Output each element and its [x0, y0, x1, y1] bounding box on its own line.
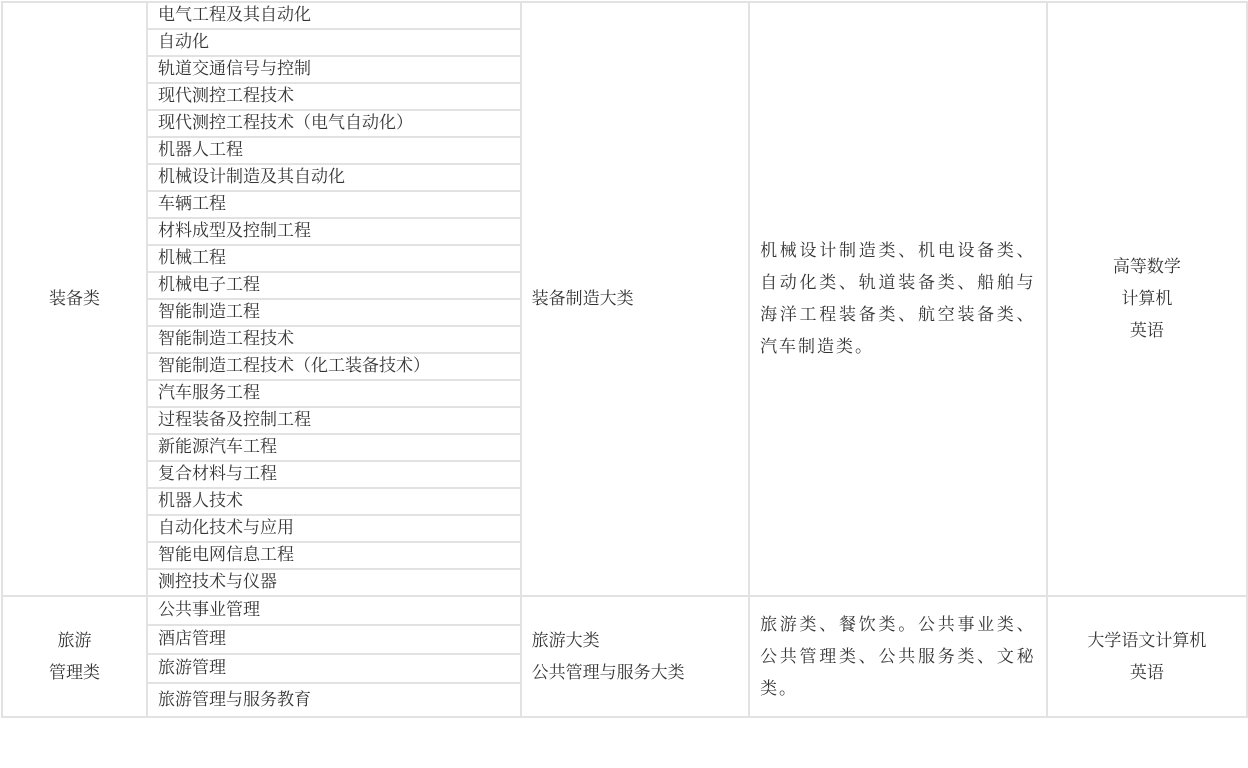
major-cell: 电气工程及其自动化	[147, 2, 521, 29]
category-label: 装备类	[3, 283, 146, 315]
category-cell: 装备类	[2, 2, 147, 596]
major-cell: 机器人技术	[147, 488, 521, 515]
major-cell: 机械电子工程	[147, 272, 521, 299]
major-cell: 材料成型及控制工程	[147, 218, 521, 245]
major-cell: 复合材料与工程	[147, 461, 521, 488]
major-cell: 公共事业管理	[147, 596, 521, 625]
major-cell: 机械工程	[147, 245, 521, 272]
major-cell: 现代测控工程技术（电气自动化）	[147, 110, 521, 137]
category-label-line: 管理类	[3, 657, 146, 689]
major-cell: 旅游管理	[147, 654, 521, 683]
big-category-cell: 旅游大类 公共管理与服务大类	[521, 596, 749, 717]
major-cell: 智能电网信息工程	[147, 542, 521, 569]
related-categories-cell: 机械设计制造类、机电设备类、自动化类、轨道装备类、船舶与海洋工程装备类、航空装备…	[749, 2, 1047, 596]
major-cell: 现代测控工程技术	[147, 83, 521, 110]
related-categories-text: 旅游类、餐饮类。公共事业类、公共管理类、公共服务类、文秘类。	[760, 609, 1036, 705]
exam-subject: 英语	[1048, 657, 1246, 689]
exam-subject: 计算机	[1048, 283, 1246, 315]
major-cell: 汽车服务工程	[147, 380, 521, 407]
category-cell: 旅游 管理类	[2, 596, 147, 717]
major-cell: 智能制造工程	[147, 299, 521, 326]
big-category-cell: 装备制造大类	[521, 2, 749, 596]
major-cell: 新能源汽车工程	[147, 434, 521, 461]
exam-subjects-cell: 大学语文计算机 英语	[1047, 596, 1247, 717]
big-category-label: 旅游大类	[532, 625, 748, 657]
major-cell: 轨道交通信号与控制	[147, 56, 521, 83]
major-cell: 智能制造工程技术（化工装备技术）	[147, 353, 521, 380]
major-category-table: 装备类 电气工程及其自动化 装备制造大类 机械设计制造类、机电设备类、自动化类、…	[1, 1, 1248, 718]
related-categories-text: 机械设计制造类、机电设备类、自动化类、轨道装备类、船舶与海洋工程装备类、航空装备…	[760, 235, 1036, 363]
major-cell: 旅游管理与服务教育	[147, 683, 521, 717]
major-cell: 智能制造工程技术	[147, 326, 521, 353]
table-row: 旅游 管理类 公共事业管理 旅游大类 公共管理与服务大类 旅游类、餐饮类。公共事…	[2, 596, 1247, 625]
big-category-label: 公共管理与服务大类	[532, 657, 748, 689]
major-cell: 酒店管理	[147, 625, 521, 654]
major-cell: 测控技术与仪器	[147, 569, 521, 596]
major-cell: 机械设计制造及其自动化	[147, 164, 521, 191]
exam-subject: 大学语文计算机	[1048, 625, 1246, 657]
exam-subject: 高等数学	[1048, 251, 1246, 283]
exam-subjects-cell: 高等数学 计算机 英语	[1047, 2, 1247, 596]
major-cell: 机器人工程	[147, 137, 521, 164]
exam-subject: 英语	[1048, 315, 1246, 347]
related-categories-cell: 旅游类、餐饮类。公共事业类、公共管理类、公共服务类、文秘类。	[749, 596, 1047, 717]
big-category-label: 装备制造大类	[532, 283, 748, 315]
major-cell: 自动化技术与应用	[147, 515, 521, 542]
category-label-line: 旅游	[3, 625, 146, 657]
major-cell: 车辆工程	[147, 191, 521, 218]
major-cell: 过程装备及控制工程	[147, 407, 521, 434]
major-cell: 自动化	[147, 29, 521, 56]
table-row: 装备类 电气工程及其自动化 装备制造大类 机械设计制造类、机电设备类、自动化类、…	[2, 2, 1247, 29]
